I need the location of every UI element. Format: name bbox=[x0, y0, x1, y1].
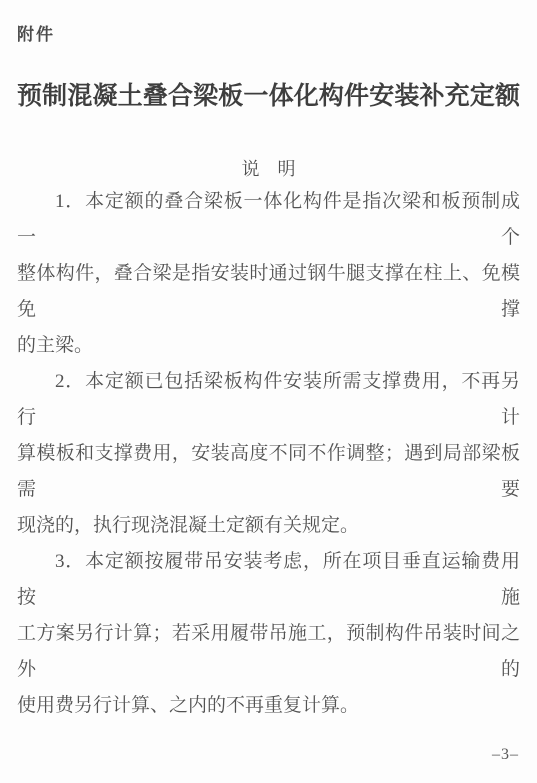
text-line: 3．本定额按履带吊安装考虑，所在项目垂直运输费用按施 bbox=[17, 544, 520, 616]
attachment-label: 附件 bbox=[17, 20, 55, 45]
text-line: 2．本定额已包括梁板构件安装所需支撑费用，不再另行计 bbox=[17, 364, 520, 436]
paragraph-2: 2．本定额已包括梁板构件安装所需支撑费用，不再另行计 算模板和支撑费用，安装高度… bbox=[17, 364, 520, 544]
text-line: 算模板和支撑费用，安装高度不同不作调整；遇到局部梁板需要 bbox=[17, 436, 520, 508]
section-heading: 说 明 bbox=[0, 156, 537, 182]
text-line: 使用费另行计算、之内的不再重复计算。 bbox=[17, 688, 520, 724]
document-body: 1．本定额的叠合梁板一体化构件是指次梁和板预制成一个 整体构件，叠合梁是指安装时… bbox=[17, 184, 520, 724]
text-line: 的主梁。 bbox=[17, 328, 520, 364]
page-title: 预制混凝土叠合梁板一体化构件安装补充定额 bbox=[17, 80, 520, 114]
paragraph-3: 3．本定额按履带吊安装考虑，所在项目垂直运输费用按施 工方案另行计算；若采用履带… bbox=[17, 544, 520, 724]
text-line: 工方案另行计算；若采用履带吊施工，预制构件吊装时间之外的 bbox=[17, 616, 520, 688]
page-number: –3– bbox=[492, 746, 519, 764]
text-line: 1．本定额的叠合梁板一体化构件是指次梁和板预制成一个 bbox=[17, 184, 520, 256]
text-line: 整体构件，叠合梁是指安装时通过钢牛腿支撑在柱上、免模免撑 bbox=[17, 256, 520, 328]
document-page: 附件 预制混凝土叠合梁板一体化构件安装补充定额 说 明 1．本定额的叠合梁板一体… bbox=[0, 0, 537, 783]
text-line: 现浇的，执行现浇混凝土定额有关规定。 bbox=[17, 508, 520, 544]
paragraph-1: 1．本定额的叠合梁板一体化构件是指次梁和板预制成一个 整体构件，叠合梁是指安装时… bbox=[17, 184, 520, 364]
